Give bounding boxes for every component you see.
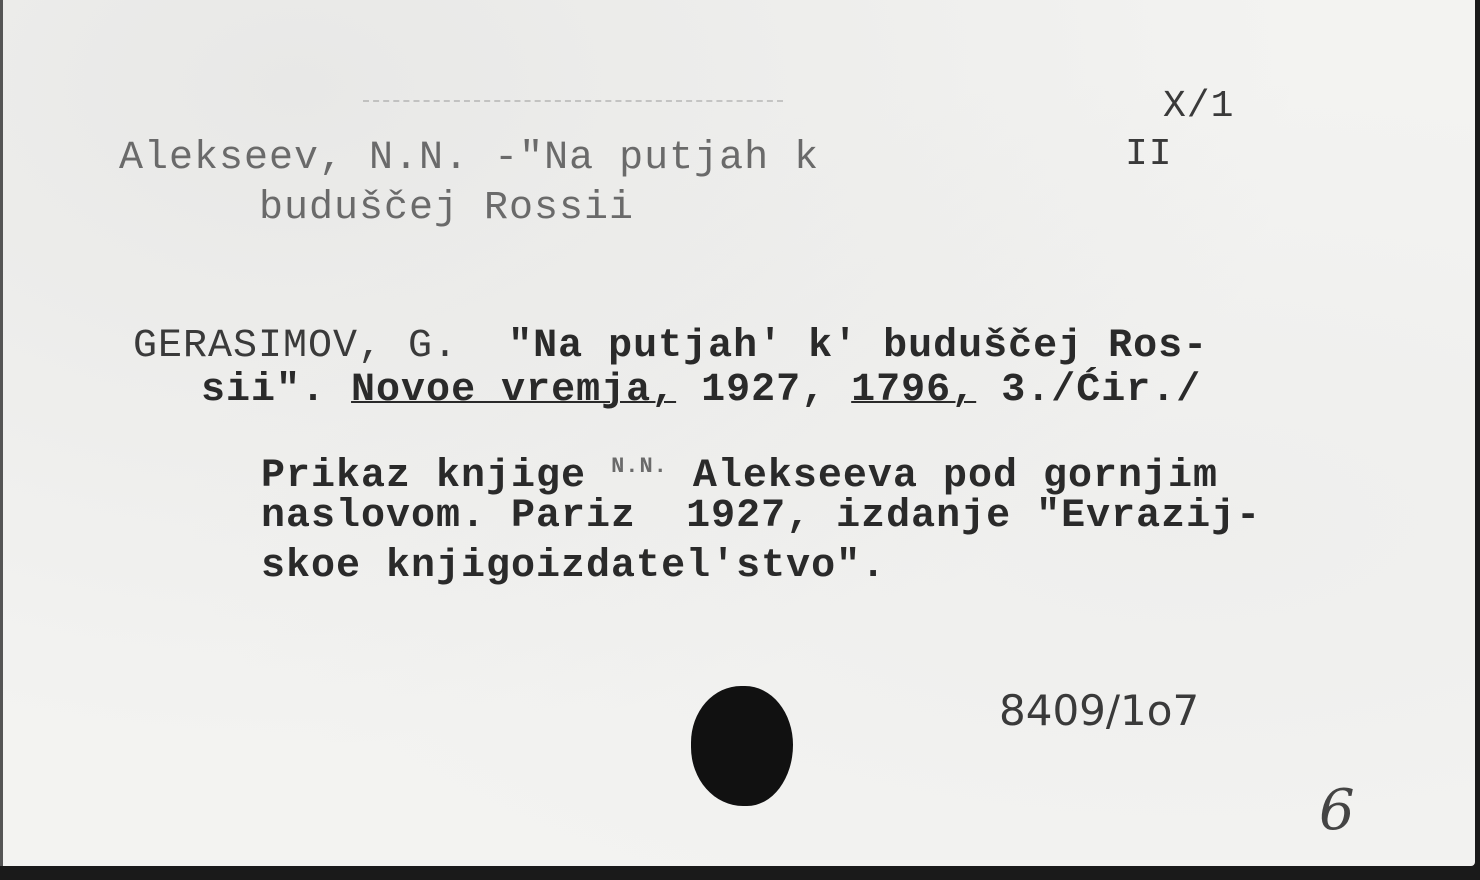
handwritten-mark: 6	[1319, 778, 1355, 843]
annotation-rest: Alekseeva pod gornjim	[693, 454, 1218, 499]
catalog-card: Alekseev, N.N. -"Na putjah k buduščej Ro…	[0, 0, 1475, 866]
accession-number: 8409/1o7	[999, 690, 1199, 732]
entry-script-note: /Ćir./	[1051, 368, 1201, 413]
entry-line-1: GERASIMOV, G. "Na putjah' k' buduščej Ro…	[133, 326, 1208, 368]
entry-issue: 1796,	[851, 368, 976, 413]
heading-title: -"Na putjah k	[494, 136, 819, 181]
heading-author: Alekseev, N.N.	[119, 136, 469, 181]
annotation-initials: N.N.	[611, 454, 668, 479]
call-mark-line-2: II	[1125, 134, 1173, 176]
entry-author: GERASIMOV, G.	[133, 324, 458, 369]
heading-line-1: Alekseev, N.N. -"Na putjah k	[119, 138, 819, 180]
faint-dashed-rule	[363, 100, 783, 102]
entry-line-2: sii". Novoe vremja, 1927, 1796, 3./Ćir./	[201, 370, 1201, 412]
annotation-line-3: skoe knjigoizdatel'stvo".	[261, 546, 886, 588]
annotation-line-2: naslovom. Pariz 1927, izdanje "Evrazij-	[261, 496, 1261, 538]
entry-page: 3.	[1001, 368, 1051, 413]
heading-line-2: buduščej Rossii	[259, 188, 634, 230]
punch-hole	[691, 686, 793, 806]
entry-periodical: Novoe vremja,	[351, 368, 676, 413]
entry-year: 1927,	[701, 368, 826, 413]
entry-title-part-1: "Na putjah' k' buduščej Ros-	[508, 324, 1208, 369]
entry-title-part-2: sii".	[201, 368, 326, 413]
call-mark-line-1: X/1	[1163, 86, 1234, 128]
annotation-prefix: Prikaz knjige	[261, 454, 586, 499]
annotation-line-1: Prikaz knjige N.N. Alekseeva pod gornjim	[261, 446, 1218, 498]
